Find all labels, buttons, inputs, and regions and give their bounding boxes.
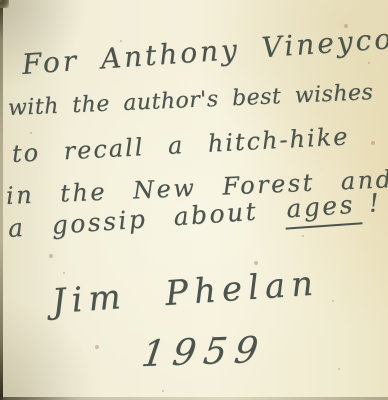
exclamation-mark: ! (368, 188, 383, 218)
inscription-line-2: with the author's best wishes (7, 80, 373, 121)
inscription-year: 1959 (139, 330, 268, 376)
foxing-spots (0, 0, 2, 2)
inscription-line-3: to recall a hitch-hike (11, 122, 350, 168)
page-left-edge (0, 0, 3, 400)
inscription-line-1: For Anthony Vineycomb (21, 19, 388, 81)
book-page: For Anthony Vineycomb with the author's … (0, 0, 388, 400)
underlined-word-ages: ages (283, 189, 362, 229)
author-signature: Jim Phelan (51, 263, 321, 322)
